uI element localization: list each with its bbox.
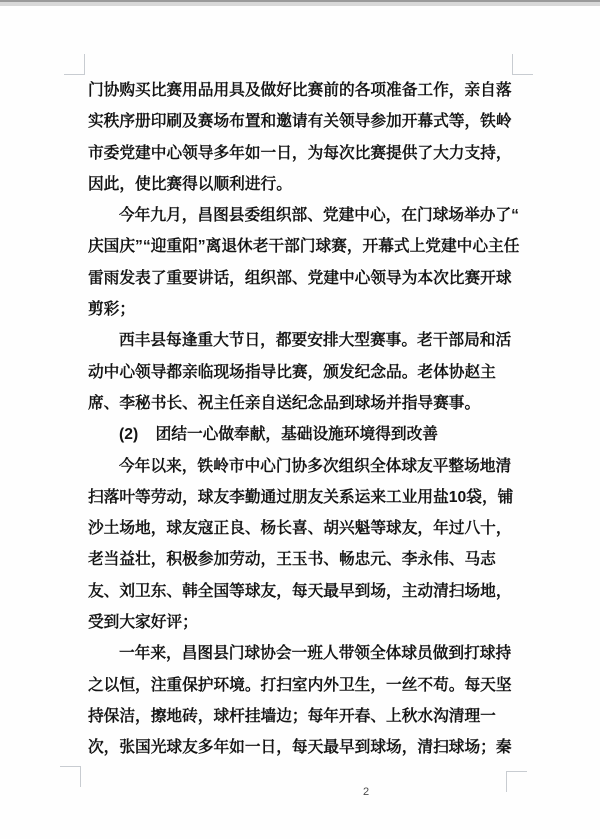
text-boundary-mark-top-right (512, 54, 533, 75)
text-line: 因此，使比赛得以顺利进行。 (88, 169, 518, 200)
text-line: 之以恒，注重保护环境。打扫室内外卫生，一丝不苟。每天坚 (88, 670, 518, 701)
text-line: 今年九月，昌图县委组织部、党建中心，在门球场举办了“ (88, 200, 518, 231)
window-top-edge (0, 0, 600, 6)
text-line: 门协购买比赛用品用具及做好比赛前的各项准备工作，亲自落 (88, 75, 518, 106)
text-line: (2) 团结一心做奉献，基础设施环境得到改善 (88, 419, 518, 450)
page-number: 2 (356, 786, 376, 798)
text-line: 扫落叶等劳动，球友李勤通过朋友关系运来工业用盐10袋，铺 (88, 482, 518, 513)
text-line: 庆国庆”“迎重阳”离退休老干部门球赛，开幕式上党建中心主任 (88, 231, 518, 262)
text-line: 席、李秘书长、祝主任亲自送纪念品到球场并指导赛事。 (88, 388, 518, 419)
text-line: 次，张国光球友多年如一日，每天最早到球场，清扫球场；秦 (88, 732, 518, 763)
text-line: 动中心领导都亲临现场指导比赛，颁发纪念品。老体协赵主 (88, 357, 518, 388)
text-line: 剪彩； (88, 294, 518, 325)
document-body: 门协购买比赛用品用具及做好比赛前的各项准备工作，亲自落实秩序册印刷及赛场布置和邀… (88, 75, 518, 764)
text-line: 实秩序册印刷及赛场布置和邀请有关领导参加开幕式等，铁岭 (88, 106, 518, 137)
text-line: 持保洁，擦地砖，球杆挂墙边；每年开春、上秋水沟清理一 (88, 701, 518, 732)
text-line: 一年来，昌图县门球协会一班人带领全体球员做到打球持 (88, 638, 518, 669)
text-line: 西丰县每逢重大节日，都要安排大型赛事。老干部局和活 (88, 325, 518, 356)
text-line: 今年以来，铁岭市中心门协多次组织全体球友平整场地清 (88, 451, 518, 482)
text-line: 市委党建中心领导多年如一日，为每次比赛提供了大力支持， (88, 138, 518, 169)
text-boundary-mark-top-left (64, 54, 85, 75)
text-boundary-mark-bottom-left (60, 766, 81, 787)
text-boundary-mark-bottom-right (506, 771, 527, 792)
text-line: 老当益壮，积极参加劳动，王玉书、畅忠元、李永伟、马志 (88, 544, 518, 575)
text-line: 友、刘卫东、韩全国等球友，每天最早到场，主动清扫场地， (88, 576, 518, 607)
text-line: 受到大家好评； (88, 607, 518, 638)
document-page: 门协购买比赛用品用具及做好比赛前的各项准备工作，亲自落实秩序册印刷及赛场布置和邀… (0, 0, 600, 839)
text-line: 沙土场地，球友寇正良、杨长喜、胡兴魁等球友，年过八十， (88, 513, 518, 544)
text-line: 雷雨发表了重要讲话，组织部、党建中心领导为本次比赛开球 (88, 263, 518, 294)
